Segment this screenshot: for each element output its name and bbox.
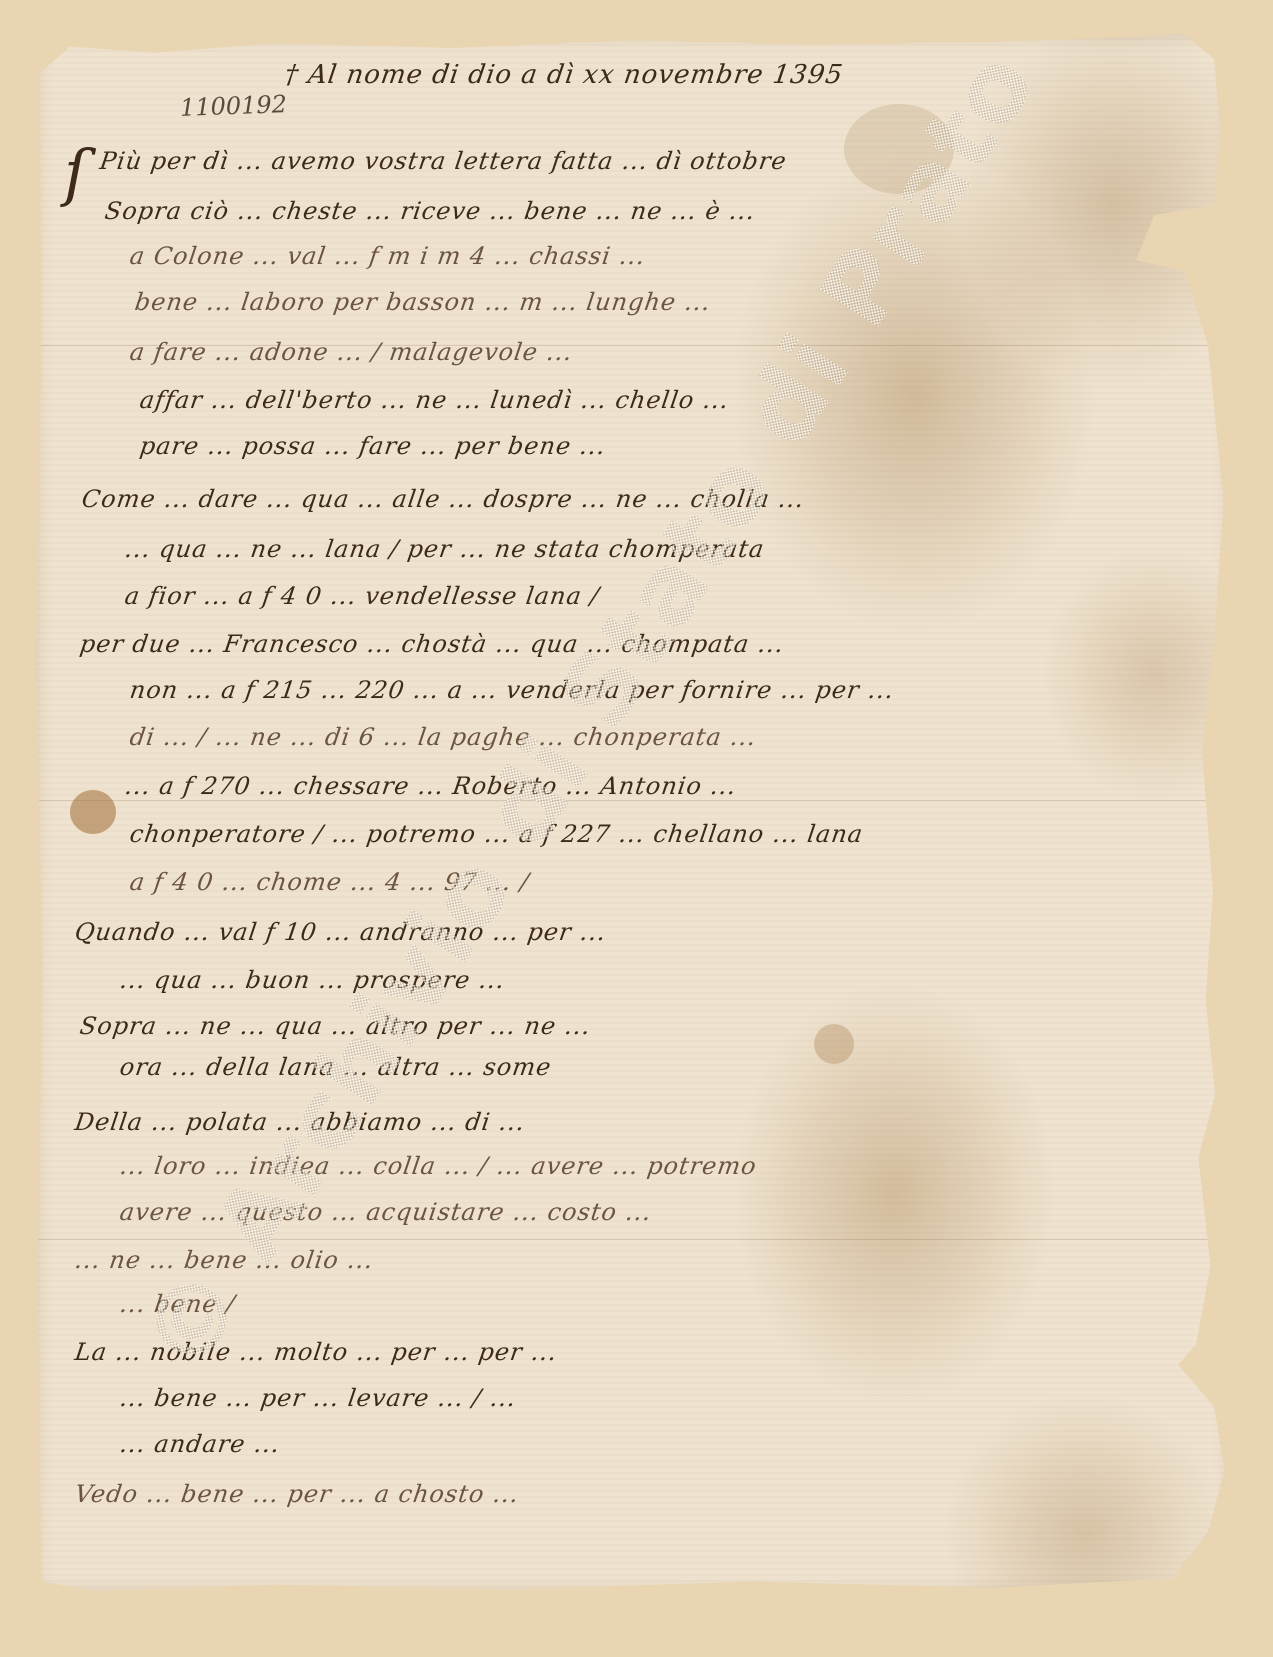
text-line: Più per dì ... avemo vostra lettera fatt… xyxy=(98,147,789,175)
text-line: Vedo ... bene ... per ... a chosto ... xyxy=(73,1480,521,1508)
initial-letter: ſ xyxy=(64,142,87,204)
text-line: bene ... laboro per basson ... m ... lun… xyxy=(133,288,713,316)
text-line: affar ... dell'berto ... ne ... lunedì .… xyxy=(138,386,731,414)
text-line: ... loro ... indiea ... colla ... / ... … xyxy=(118,1152,759,1180)
stain-spot xyxy=(814,1024,854,1064)
text-line: ... bene ... per ... levare ... / ... xyxy=(118,1384,518,1412)
text-line: Quando ... val f 10 ... andranno ... per… xyxy=(73,918,608,946)
fold-line xyxy=(34,800,1232,801)
text-line: a fior ... a f 4 0 ... vendellesse lana … xyxy=(123,582,602,610)
archive-number: 1100192 xyxy=(180,90,288,122)
text-line: Sopra ciò ... cheste ... riceve ... bene… xyxy=(103,197,757,225)
text-line: di ... / ... ne ... di 6 ... la paghe ..… xyxy=(128,723,758,751)
text-line: a Colone ... val ... f m i m 4 ... chass… xyxy=(128,242,647,270)
text-line: pare ... possa ... fare ... per bene ... xyxy=(138,432,608,460)
stain-spot xyxy=(70,790,116,834)
text-line: ... andare ... xyxy=(118,1430,282,1458)
text-line: a fare ... adone ... / malagevole ... xyxy=(128,338,575,366)
text-line: ... a f 270 ... chessare ... Roberto ...… xyxy=(123,772,738,800)
text-line: non ... a f 215 ... 220 ... a ... vender… xyxy=(128,676,896,704)
letter-header: † Al nome di dio a dì xx novembre 1395 xyxy=(283,60,845,90)
